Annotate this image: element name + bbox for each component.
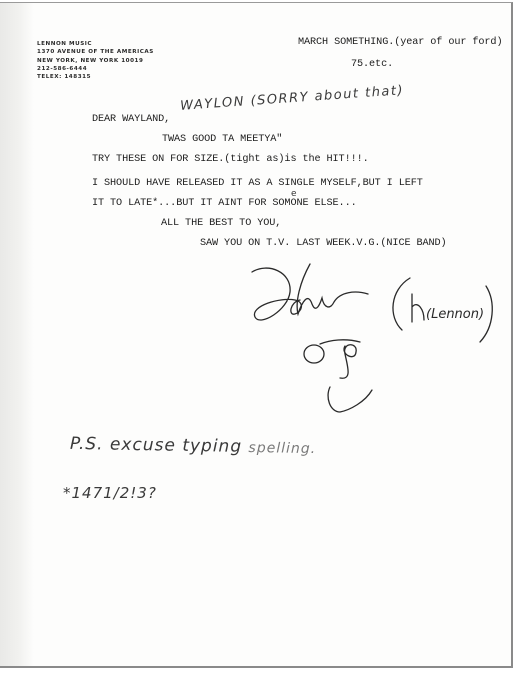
salutation: DEAR WAYLAND, bbox=[92, 114, 170, 125]
postscript-line-1: P.S. excuse typing spelling. bbox=[70, 434, 316, 458]
handwritten-insert: e bbox=[291, 189, 297, 199]
date-line: MARCH SOMETHING.(year of our ford) bbox=[298, 37, 502, 48]
date-year: 75.etc. bbox=[351, 59, 393, 70]
paper-edge-texture bbox=[0, 3, 34, 666]
letterhead-address: 1370 AVENUE OF THE AMERICAS bbox=[37, 48, 154, 56]
signature: (Lennon) bbox=[250, 262, 510, 422]
postscript-spelling: spelling. bbox=[248, 440, 316, 457]
body-line-6: SAW YOU ON T.V. LAST WEEK.V.G.(NICE BAND… bbox=[200, 238, 447, 249]
letterhead-company: LENNON MUSIC bbox=[37, 40, 154, 48]
postscript-text: P.S. excuse typing bbox=[70, 434, 242, 457]
letterhead-telex: TELEX: 148315 bbox=[37, 73, 154, 81]
letterhead: LENNON MUSIC 1370 AVENUE OF THE AMERICAS… bbox=[37, 40, 154, 81]
letterhead-phone: 212-586-6444 bbox=[37, 65, 154, 73]
letterhead-city: NEW YORK, NEW YORK 10019 bbox=[37, 57, 154, 65]
body-line-4: IT TO LATE*...BUT IT AINT FOR SOMONE ELS… bbox=[92, 198, 357, 209]
body-line-5: ALL THE BEST TO YOU, bbox=[161, 218, 281, 229]
postscript-line-2: *1471/2!3? bbox=[62, 484, 157, 502]
body-line-3: I SHOULD HAVE RELEASED IT AS A SINGLE MY… bbox=[92, 178, 423, 189]
body-line-1: TWAS GOOD TA MEETYA" bbox=[162, 134, 282, 145]
body-line-2: TRY THESE ON FOR SIZE.(tight as)is the H… bbox=[92, 154, 369, 165]
signature-surname-text: (Lennon) bbox=[426, 307, 484, 322]
